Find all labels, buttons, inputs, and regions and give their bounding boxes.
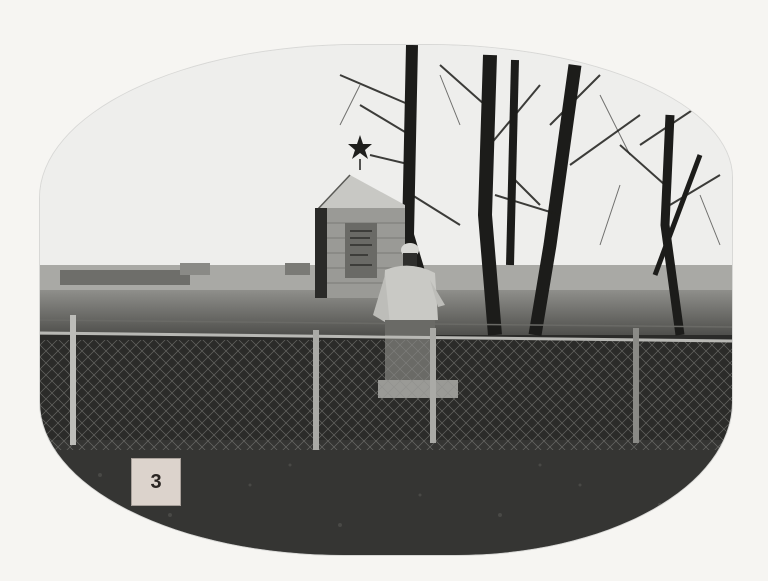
photo-number-badge: 3: [131, 458, 181, 506]
